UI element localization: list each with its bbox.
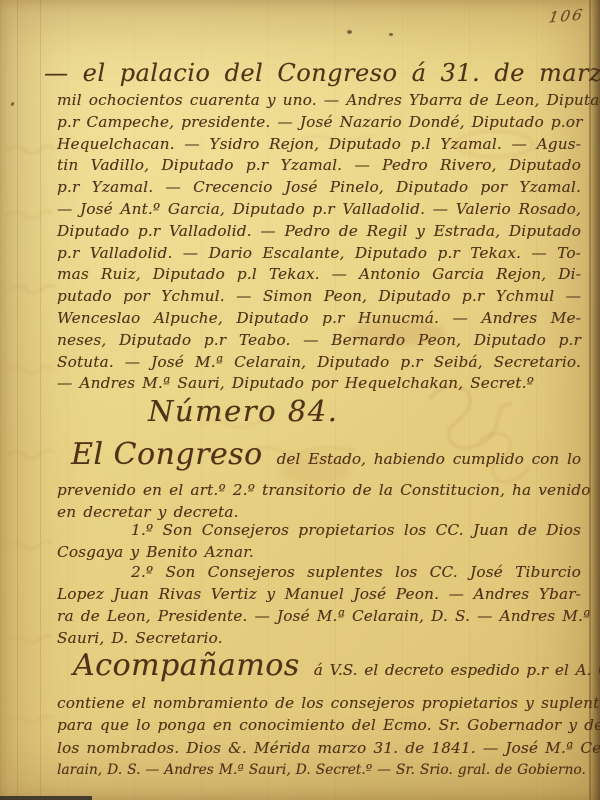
letter-lead-line: Acompañamos á V.S. el decreto espedido p…: [57, 648, 581, 683]
decree-article-2: 2.º Son Consejeros suplentes los CC. Jos…: [57, 561, 581, 649]
act-line: p.r Campeche, presidente. — José Nazario…: [57, 112, 581, 134]
margin-rule-line: [40, 0, 41, 800]
ink-dot: [347, 30, 352, 34]
act-body: mil ochocientos cuarenta y uno. — Andres…: [57, 90, 581, 395]
act-line: p.r Yzamal. — Crecencio José Pinelo, Dip…: [57, 177, 581, 199]
letter-line: larain, D. S. — Andres M.ª Sauri, D. Sec…: [57, 759, 581, 781]
manuscript-page: 106 — el palacio del Congreso á 31. de m…: [0, 0, 600, 800]
decree-body: prevenido en el art.º 2.º transitorio de…: [57, 479, 581, 523]
act-line: Diputado p.r Valladolid. — Pedro de Regi…: [57, 221, 581, 243]
act-line: mil ochocientos cuarenta y uno. — Andres…: [57, 90, 581, 112]
act-line: mas Ruiz, Diputado p.l Tekax. — Antonio …: [57, 264, 581, 286]
letter-line: contiene el nombramiento de los consejer…: [57, 692, 581, 714]
folio-number: 106: [548, 6, 586, 27]
act-opening-line: — el palacio del Congreso á 31. de marzo…: [44, 56, 584, 90]
letter-line: los nombrados. Dios &. Mérida marzo 31. …: [57, 737, 581, 759]
act-line: — Andres M.ª Sauri, Diputado por Hequelc…: [57, 373, 581, 395]
letter-body: contiene el nombramiento de los consejer…: [57, 692, 581, 782]
letter-line: para que lo ponga en conocimiento del Ec…: [57, 714, 581, 736]
act-line: — José Ant.º Garcia, Diputado p.r Vallad…: [57, 199, 581, 221]
act-line: Wenceslao Alpuche, Diputado p.r Hunucmá.…: [57, 308, 581, 330]
decree-lead-words: El Congreso: [71, 437, 263, 472]
act-line: neses, Diputado p.r Teabo. — Bernardo Pe…: [57, 330, 581, 352]
decree-article-1: 1.º Son Consejeros propietarios los CC. …: [57, 519, 581, 563]
act-line: tin Vadillo, Diputado p.r Yzamal. — Pedr…: [57, 155, 581, 177]
article-line: 1.º Son Consejeros propietarios los CC. …: [57, 519, 581, 541]
article-line: 2.º Son Consejeros suplentes los CC. Jos…: [57, 561, 581, 583]
scan-edge-artifact: [0, 796, 92, 800]
article-line: Lopez Juan Rivas Vertiz y Manuel José Pe…: [57, 583, 581, 605]
letter-lead-rest: á V.S. el decreto espedido p.r el A. C. …: [300, 661, 600, 679]
letter-lead-words: Acompañamos: [73, 648, 300, 683]
page-edge-shadow: [589, 0, 600, 800]
article-line: ra de Leon, Presidente. — José M.ª Celar…: [57, 605, 581, 627]
article-line: Cosgaya y Benito Aznar.: [57, 541, 581, 563]
decree-lead-rest: del Estado, habiendo cumplido con lo: [263, 450, 581, 468]
decree-lead-line: El Congreso del Estado, habiendo cumplid…: [57, 437, 581, 472]
ink-speck: [10, 102, 15, 107]
act-line: putado por Ychmul. — Simon Peon, Diputad…: [57, 286, 581, 308]
ink-dot: [389, 33, 393, 36]
margin-rule-line: [17, 0, 18, 800]
decree-line: prevenido en el art.º 2.º transitorio de…: [57, 479, 581, 501]
article-line: Sauri, D. Secretario.: [57, 627, 581, 649]
act-line: p.r Valladolid. — Dario Escalante, Diput…: [57, 243, 581, 265]
decree-number-heading: Número 84.: [148, 394, 338, 428]
act-line: Sotuta. — José M.ª Celarain, Diputado p.…: [57, 352, 581, 374]
act-line: Hequelchacan. — Ysidro Rejon, Diputado p…: [57, 134, 581, 156]
